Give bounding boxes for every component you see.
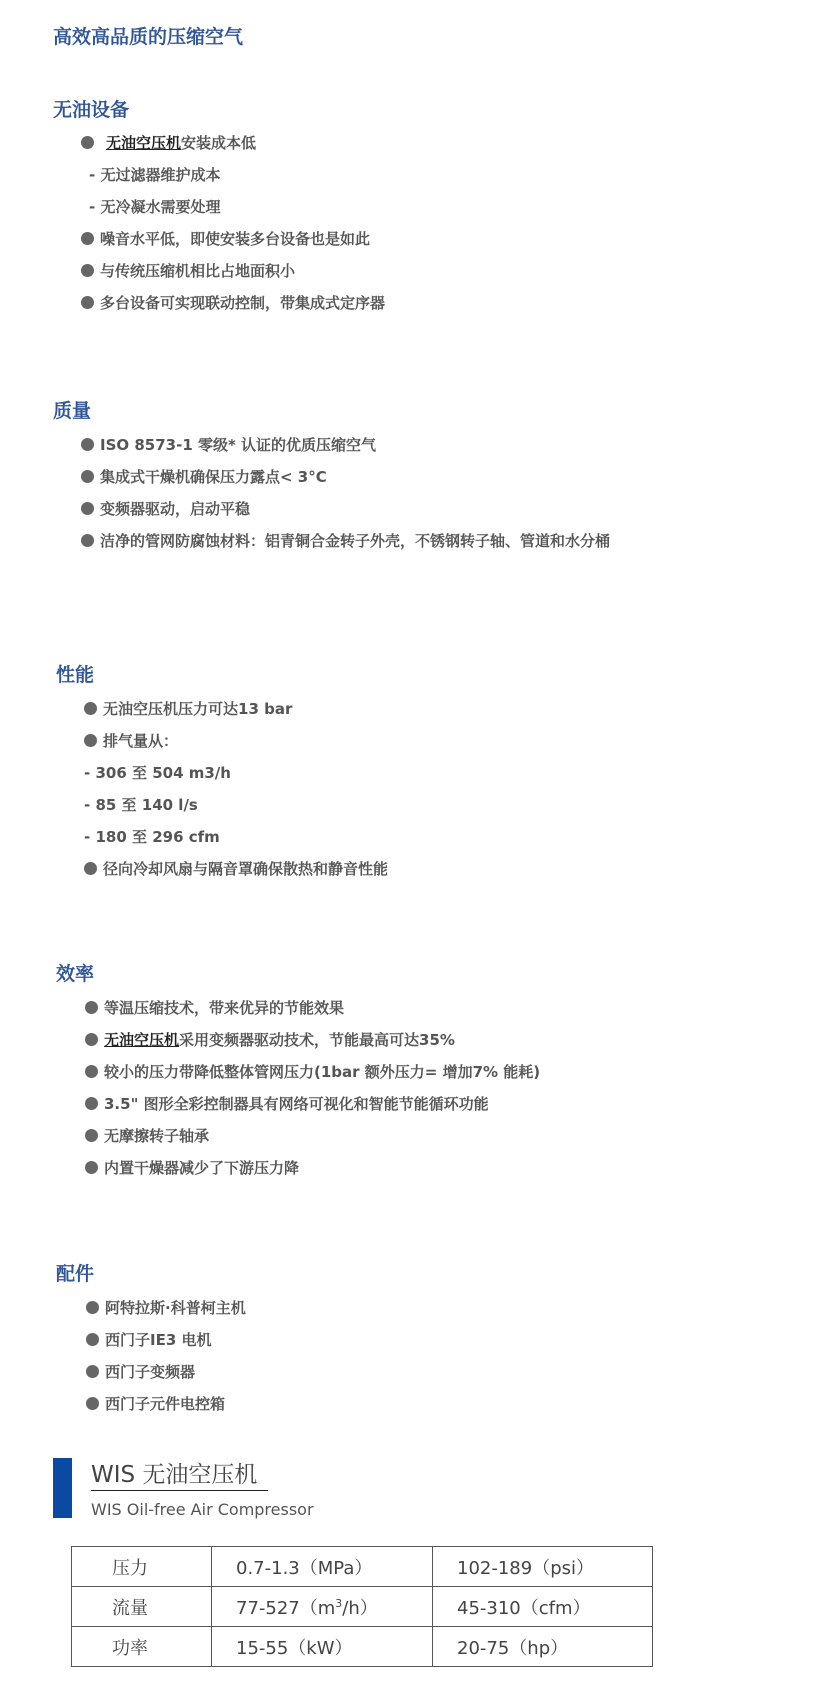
list-subitem: - 306 至 504 m3/h	[84, 762, 231, 784]
product-subtitle: WIS Oil-free Air Compressor	[91, 1500, 314, 1519]
bullet-icon	[81, 534, 94, 547]
bullet-icon	[84, 734, 97, 747]
list-item: 较小的压力带降低整体管网压力(1bar 额外压力= 增加7% 能耗)	[85, 1061, 540, 1083]
spec-label: 功率	[72, 1627, 212, 1667]
list-item: 与传统压缩机相比占地面积小	[81, 260, 295, 282]
page-title: 高效高品质的压缩空气	[53, 22, 243, 49]
bullet-icon	[85, 1065, 98, 1078]
title-underline	[91, 1490, 268, 1491]
bullet-icon	[84, 702, 97, 715]
bullet-icon	[81, 264, 94, 277]
bullet-icon	[85, 1161, 98, 1174]
bullet-icon	[84, 862, 97, 875]
bullet-icon	[86, 1365, 99, 1378]
list-item: 无油空压机采用变频器驱动技术，节能最高可达35%	[85, 1029, 455, 1051]
table-row: 功率 15-55（kW） 20-75（hp）	[72, 1627, 653, 1667]
list-item: 多台设备可实现联动控制，带集成式定序器	[81, 292, 385, 314]
spec-imperial: 102-189（psi）	[433, 1547, 653, 1587]
bullet-icon	[85, 1097, 98, 1110]
section-heading: 效率	[56, 959, 94, 986]
section-heading: 无油设备	[53, 95, 129, 122]
section-heading: 配件	[56, 1259, 94, 1286]
accent-bar	[53, 1458, 72, 1518]
list-item: 无摩擦转子轴承	[85, 1125, 209, 1147]
oil-free-compressor-link[interactable]: 无油空压机	[104, 1031, 179, 1049]
bullet-icon	[81, 296, 94, 309]
bullet-icon	[81, 232, 94, 245]
list-subitem: - 180 至 296 cfm	[84, 826, 220, 848]
spec-metric: 0.7-1.3（MPa）	[212, 1547, 433, 1587]
list-item: ISO 8573-1 零级* 认证的优质压缩空气	[81, 434, 376, 456]
list-item: 西门子元件电控箱	[86, 1393, 225, 1415]
oil-free-compressor-link[interactable]: 无油空压机	[106, 134, 181, 152]
list-subitem: - 无过滤器维护成本	[89, 164, 220, 186]
bullet-icon	[81, 502, 94, 515]
section-heading: 质量	[53, 396, 91, 423]
table-row: 压力 0.7-1.3（MPa） 102-189（psi）	[72, 1547, 653, 1587]
list-item: 集成式干燥机确保压力露点< 3°C	[81, 466, 327, 488]
bullet-icon	[86, 1301, 99, 1314]
spec-label: 流量	[72, 1587, 212, 1627]
list-item: 等温压缩技术，带来优异的节能效果	[85, 997, 344, 1019]
list-subitem: - 85 至 140 l/s	[84, 794, 198, 816]
spec-imperial: 45-310（cfm）	[433, 1587, 653, 1627]
list-item: 洁净的管网防腐蚀材料：铝青铜合金转子外壳，不锈钢转子轴、管道和水分桶	[81, 525, 651, 557]
list-item: 阿特拉斯·科普柯主机	[86, 1297, 246, 1319]
list-item: 无油空压机安装成本低	[81, 132, 256, 154]
bullet-icon	[81, 136, 94, 149]
list-item: 变频器驱动，启动平稳	[81, 498, 250, 520]
list-item: 噪音水平低，即使安装多台设备也是如此	[81, 228, 370, 250]
spec-table: 压力 0.7-1.3（MPa） 102-189（psi） 流量 77-527（m…	[71, 1546, 653, 1667]
bullet-icon	[85, 1001, 98, 1014]
bullet-icon	[86, 1397, 99, 1410]
list-item: 3.5" 图形全彩控制器具有网络可视化和智能节能循环功能	[85, 1093, 489, 1115]
spec-metric: 77-527（m3/h）	[212, 1587, 433, 1627]
list-item: 无油空压机压力可达13 bar	[84, 698, 292, 720]
list-item: 西门子IE3 电机	[86, 1329, 212, 1351]
list-item: 排气量从：	[84, 730, 178, 752]
bullet-icon	[81, 438, 94, 451]
product-title: WIS 无油空压机	[91, 1456, 257, 1489]
bullet-icon	[85, 1129, 98, 1142]
bullet-icon	[86, 1333, 99, 1346]
bullet-icon	[81, 470, 94, 483]
list-subitem: - 无冷凝水需要处理	[89, 196, 220, 218]
spec-imperial: 20-75（hp）	[433, 1627, 653, 1667]
list-item: 径向冷却风扇与隔音罩确保散热和静音性能	[84, 858, 388, 880]
section-heading: 性能	[56, 660, 94, 687]
bullet-icon	[85, 1033, 98, 1046]
spec-label: 压力	[72, 1547, 212, 1587]
list-item: 西门子变频器	[86, 1361, 195, 1383]
list-item: 内置干燥器减少了下游压力降	[85, 1157, 299, 1179]
table-row: 流量 77-527（m3/h） 45-310（cfm）	[72, 1587, 653, 1627]
spec-metric: 15-55（kW）	[212, 1627, 433, 1667]
